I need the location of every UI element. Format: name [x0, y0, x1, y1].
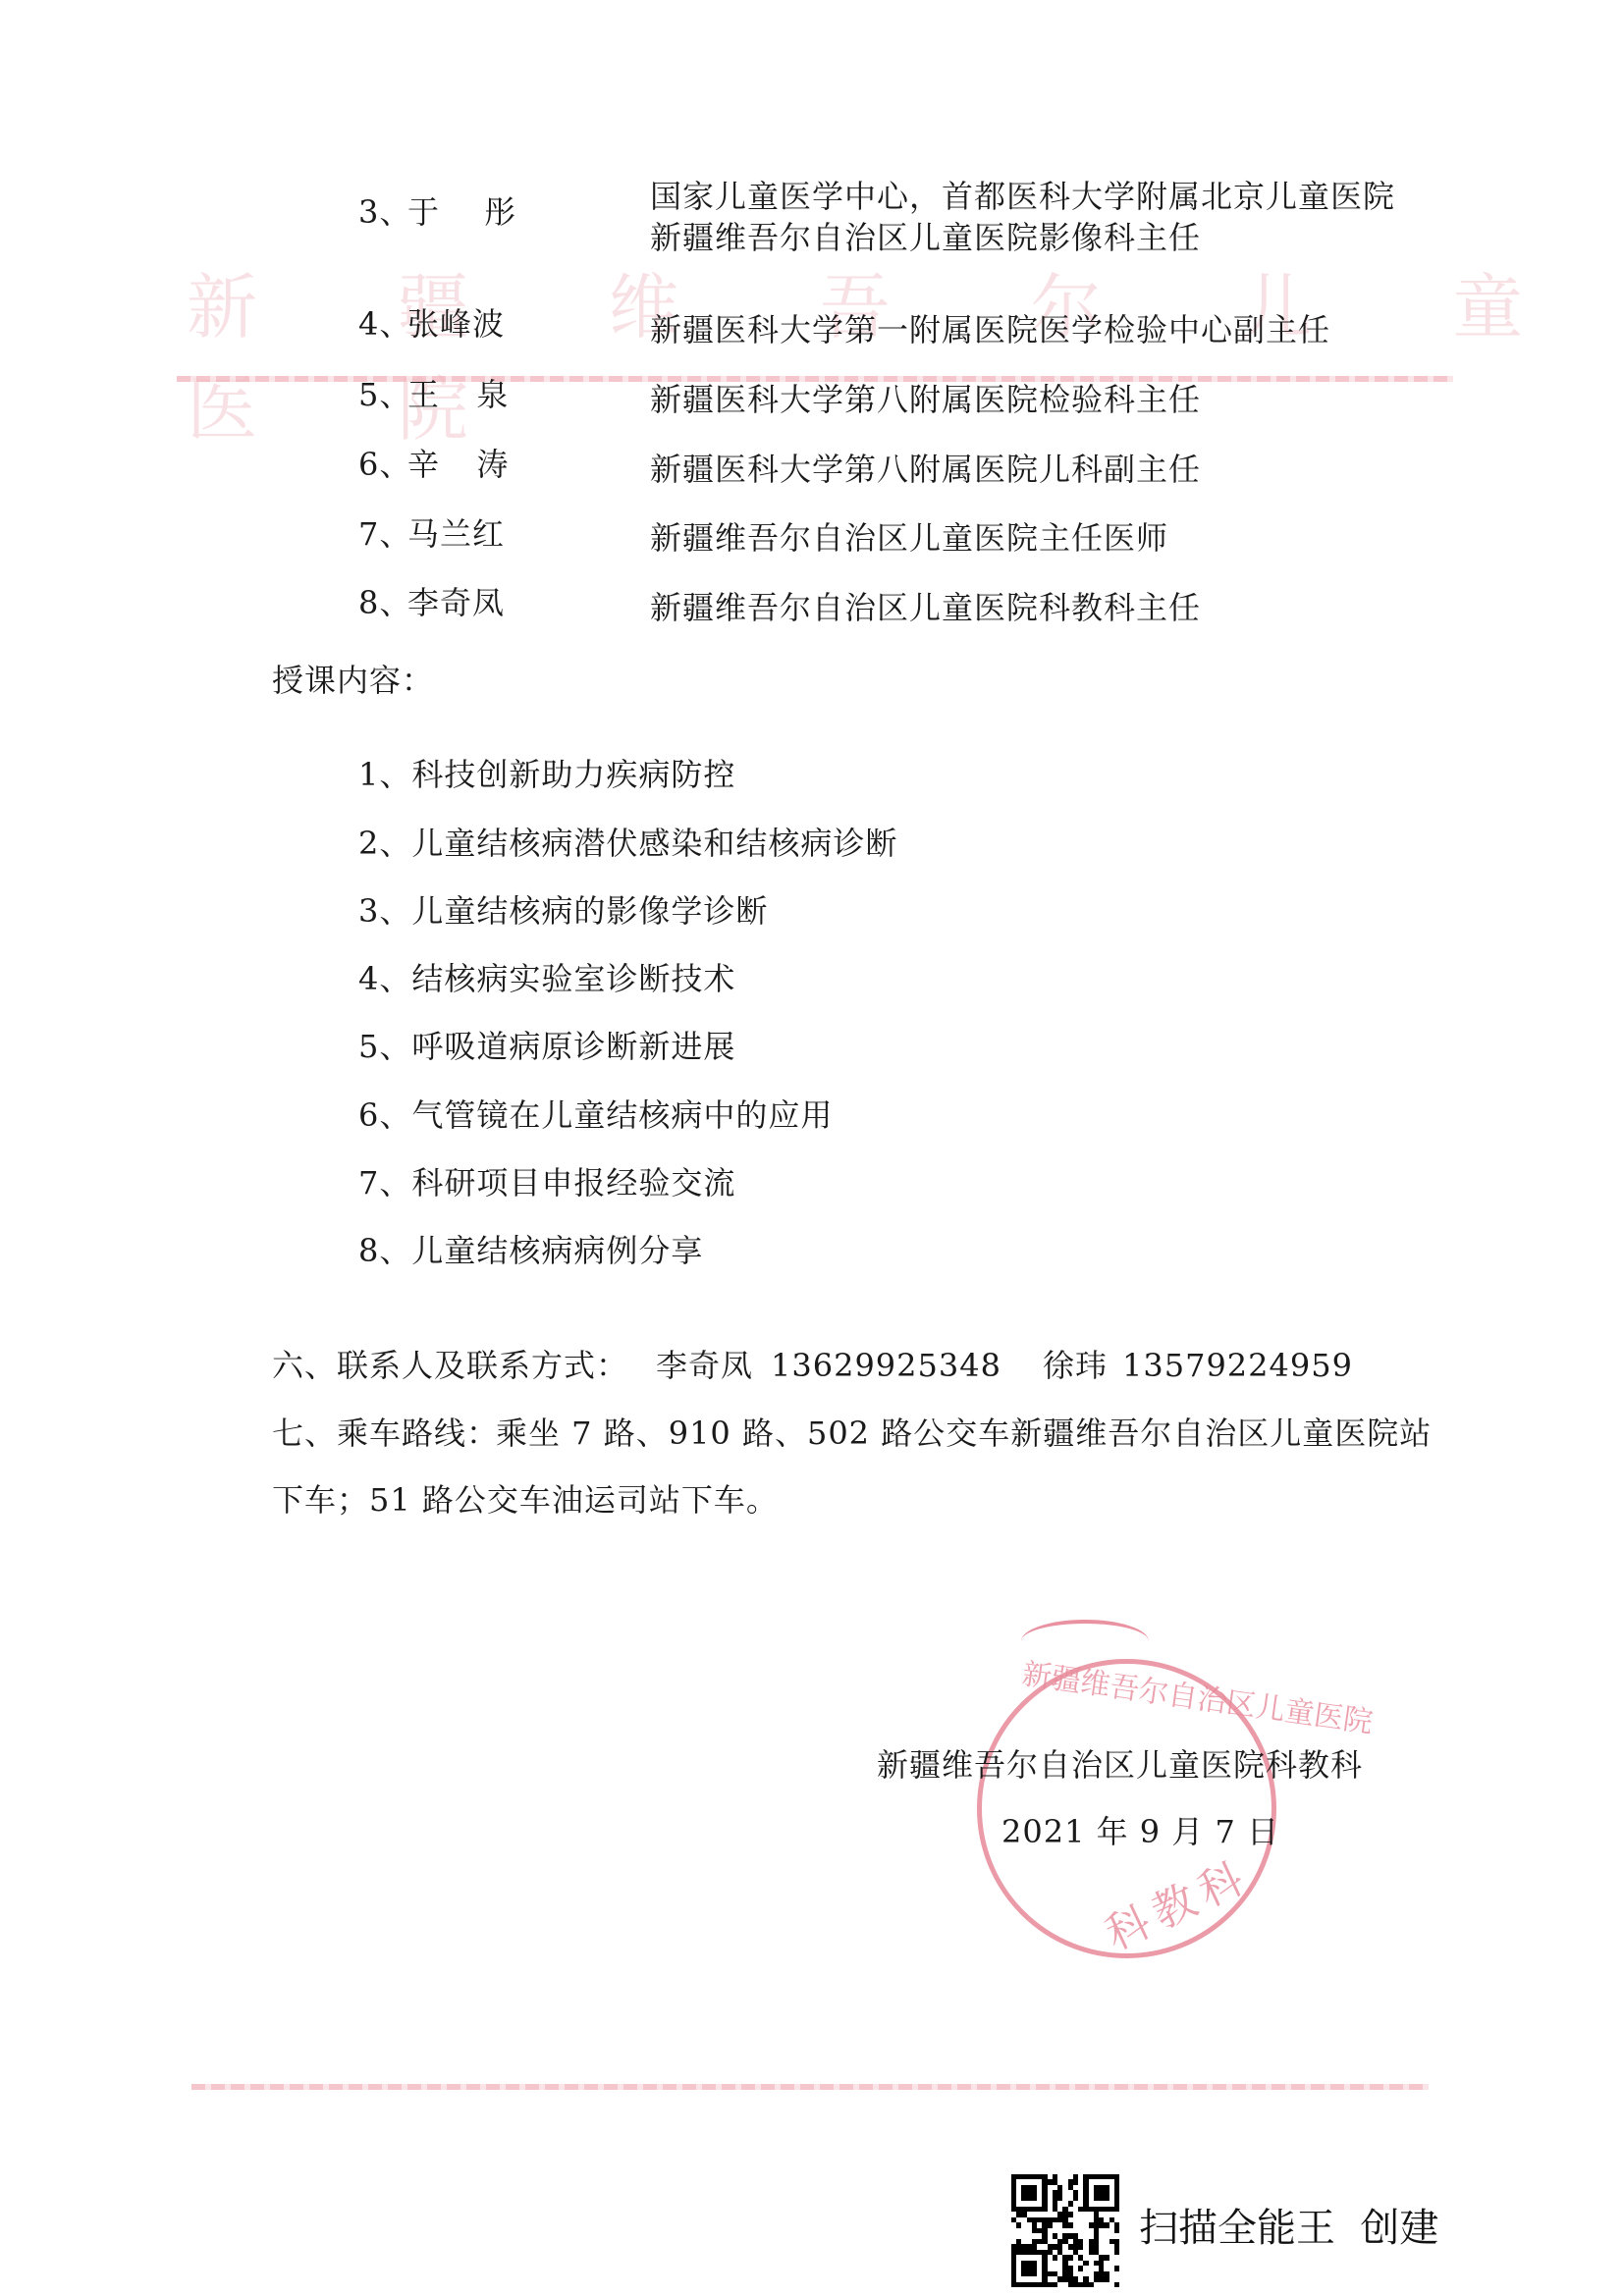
route-line-2: 下车；51 路公交车油运司站下车。: [272, 1480, 779, 1520]
course-item: 2、儿童结核病潜伏感染和结核病诊断: [358, 824, 897, 863]
course-item: 3、儿童结核病的影像学诊断: [358, 891, 768, 931]
course-item: 1、科技创新助力疾病防控: [358, 755, 735, 794]
course-item: 8、儿童结核病病例分享: [358, 1231, 703, 1270]
speaker-affiliation: 新疆医科大学第一附属医院医学检验中心副主任: [650, 310, 1330, 349]
speaker-name: 辛 涛: [407, 445, 514, 484]
speaker-index: 8、: [358, 583, 411, 622]
course-heading: 授课内容：: [272, 661, 434, 700]
contact-phone: 13629925348: [771, 1346, 1001, 1385]
speaker-affiliation: 新疆医科大学第八附属医院儿科副主任: [650, 450, 1201, 489]
speaker-name: 张峰波: [407, 304, 505, 344]
speaker-affiliation: 国家儿童医学中心，首都医科大学附属北京儿童医院: [650, 177, 1395, 216]
speaker-affiliation: 新疆维吾尔自治区儿童医院科教科主任: [650, 588, 1201, 627]
bleed-through-text: 新 疆 维 吾 尔 儿 童 医 院: [187, 250, 1623, 454]
route-label: 七、乘车路线：: [272, 1414, 499, 1453]
contact-name: 李奇凤: [656, 1346, 753, 1385]
signature-org: 新疆维吾尔自治区儿童医院科教科: [877, 1745, 1363, 1785]
contact-phone: 13579224959: [1122, 1346, 1353, 1385]
course-item: 5、呼吸道病原诊断新进展: [358, 1027, 735, 1066]
speaker-index: 4、: [358, 304, 411, 344]
speaker-affiliation: 新疆维吾尔自治区儿童医院影像科主任: [650, 218, 1201, 257]
speaker-name: 于 彤: [407, 192, 533, 232]
speaker-name: 李奇凤: [407, 583, 505, 622]
speaker-affiliation: 新疆维吾尔自治区儿童医院主任医师: [650, 518, 1168, 558]
scanner-watermark: 扫描全能王 创建: [1139, 2204, 1438, 2253]
speaker-affiliation: 新疆医科大学第八附属医院检验科主任: [650, 380, 1201, 419]
qr-code-icon: [1011, 2174, 1119, 2287]
course-item: 7、科研项目申报经验交流: [358, 1163, 735, 1202]
route-line-1: 乘坐 7 路、910 路、502 路公交车新疆维吾尔自治区儿童医院站: [496, 1414, 1432, 1453]
speaker-name: 王 泉: [407, 375, 514, 414]
course-item: 4、结核病实验室诊断技术: [358, 959, 735, 998]
seal-arc: [1021, 1620, 1149, 1663]
speaker-index: 7、: [358, 514, 411, 554]
bleed-through-line-bottom: [191, 2084, 1429, 2090]
speaker-index: 6、: [358, 445, 411, 484]
speaker-index: 3、: [358, 192, 411, 232]
contact-name: 徐玮: [1043, 1346, 1108, 1385]
signature-date: 2021 年 9 月 7 日: [1001, 1812, 1279, 1851]
speaker-name: 马兰红: [407, 514, 505, 554]
speaker-index: 5、: [358, 375, 411, 414]
contact-label: 六、联系人及联系方式：: [272, 1346, 628, 1385]
course-item: 6、气管镜在儿童结核病中的应用: [358, 1095, 833, 1135]
